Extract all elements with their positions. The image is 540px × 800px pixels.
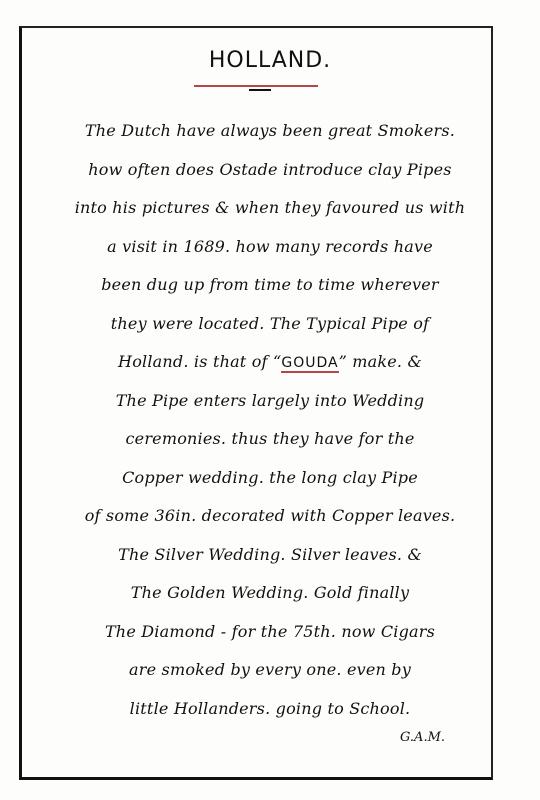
text-line: into his pictures & when they favoured u… bbox=[0, 189, 540, 228]
text-line: The Silver Wedding. Silver leaves. & bbox=[0, 536, 540, 575]
handwritten-body: The Dutch have always been great Smokers… bbox=[0, 112, 540, 728]
title-underline bbox=[194, 85, 318, 87]
text-line-gouda: Holland. is that of “GOUDA” make. & bbox=[0, 343, 540, 382]
line-prefix: Holland. is that of “ bbox=[118, 352, 281, 371]
text-line: The Diamond - for the 75th. now Cigars bbox=[0, 613, 540, 652]
text-line: how often does Ostade introduce clay Pip… bbox=[0, 151, 540, 190]
text-line: a visit in 1689. how many records have bbox=[0, 228, 540, 267]
text-line: The Golden Wedding. Gold finally bbox=[0, 574, 540, 613]
text-line: Copper wedding. the long clay Pipe bbox=[0, 459, 540, 498]
text-line: ceremonies. thus they have for the bbox=[0, 420, 540, 459]
title-dash bbox=[249, 89, 271, 91]
text-line: of some 36in. decorated with Copper leav… bbox=[0, 497, 540, 536]
text-line: they were located. The Typical Pipe of bbox=[0, 305, 540, 344]
text-line: been dug up from time to time wherever bbox=[0, 266, 540, 305]
gouda-emphasis: GOUDA bbox=[281, 355, 338, 373]
text-line: The Pipe enters largely into Wedding bbox=[0, 382, 540, 421]
text-line: are smoked by every one. even by bbox=[0, 651, 540, 690]
text-line: little Hollanders. going to School. bbox=[0, 690, 540, 729]
line-suffix: ” make. & bbox=[339, 352, 422, 371]
text-line: The Dutch have always been great Smokers… bbox=[0, 112, 540, 151]
signature: G.A.M. bbox=[400, 730, 445, 745]
page-title: HOLLAND. bbox=[0, 48, 540, 73]
